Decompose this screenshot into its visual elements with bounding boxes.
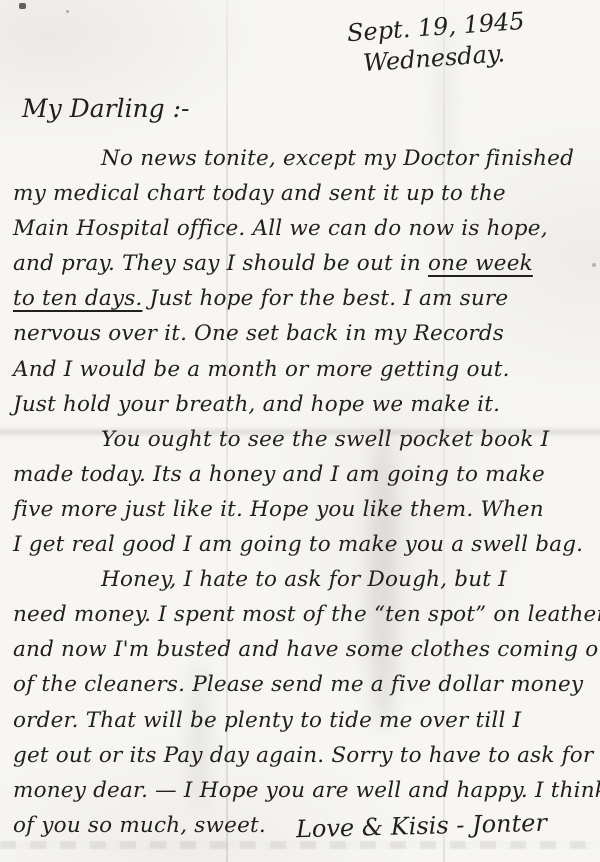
letter-line: No news tonite, except my Doctor finishe… bbox=[13, 141, 597, 176]
letter-line: order. That will be plenty to tide me ov… bbox=[13, 703, 597, 738]
ink-speck bbox=[66, 10, 69, 13]
line-text: And I would be a month or more getting o… bbox=[13, 357, 510, 382]
line-text: of you so much, sweet. bbox=[13, 813, 266, 838]
letter-line: to ten days. Just hope for the best. I a… bbox=[13, 281, 597, 316]
date-block: Sept. 19, 1945 Wednesday. bbox=[346, 6, 528, 80]
line-text: nervous over it. One set back in my Reco… bbox=[13, 321, 504, 346]
letter-line: and now I'm busted and have some clothes… bbox=[13, 632, 597, 667]
line-text: my medical chart today and sent it up to… bbox=[13, 181, 506, 206]
line-text: No news tonite, except my Doctor finishe… bbox=[101, 146, 574, 171]
letter-line: five more just like it. Hope you like th… bbox=[13, 492, 597, 527]
line-text: Main Hospital office. All we can do now … bbox=[13, 216, 548, 241]
letter-line: need money. I spent most of the “ten spo… bbox=[13, 597, 597, 632]
line-text: Honey, I hate to ask for Dough, but I bbox=[101, 567, 507, 592]
letter-page: Sept. 19, 1945 Wednesday. My Darling :- … bbox=[0, 0, 600, 862]
line-text: of the cleaners. Please send me a five d… bbox=[13, 672, 583, 697]
underlined-text: to ten days. bbox=[13, 286, 142, 311]
line-text: Just hope for the best. I am sure bbox=[142, 286, 508, 311]
letter-line: Honey, I hate to ask for Dough, but I bbox=[13, 562, 597, 597]
ink-speck bbox=[19, 3, 26, 9]
line-text: money dear. — I Hope you are well and ha… bbox=[13, 778, 600, 803]
letter-body: No news tonite, except my Doctor finishe… bbox=[13, 141, 597, 843]
line-text: I get real good I am going to make you a… bbox=[13, 532, 583, 557]
letter-line: and pray. They say I should be out in on… bbox=[13, 246, 597, 281]
letter-line: get out or its Pay day again. Sorry to h… bbox=[13, 738, 597, 773]
letter-line: made today. Its a honey and I am going t… bbox=[13, 457, 597, 492]
line-text: order. That will be plenty to tide me ov… bbox=[13, 708, 521, 733]
letter-line: Main Hospital office. All we can do now … bbox=[13, 211, 597, 246]
salutation: My Darling :- bbox=[22, 94, 189, 123]
underlined-text: one week bbox=[428, 251, 533, 276]
line-text: made today. Its a honey and I am going t… bbox=[13, 462, 545, 487]
line-text: and pray. They say I should be out in bbox=[13, 251, 428, 276]
letter-line: my medical chart today and sent it up to… bbox=[13, 176, 597, 211]
letter-line: money dear. — I Hope you are well and ha… bbox=[13, 773, 597, 808]
letter-line: of the cleaners. Please send me a five d… bbox=[13, 667, 597, 702]
letter-line: And I would be a month or more getting o… bbox=[13, 352, 597, 387]
line-text: need money. I spent most of the “ten spo… bbox=[13, 602, 600, 627]
line-text: You ought to see the swell pocket book I bbox=[101, 427, 549, 452]
letter-line: You ought to see the swell pocket book I bbox=[13, 422, 597, 457]
line-text: and now I'm busted and have some clothes… bbox=[13, 637, 600, 662]
line-text: get out or its Pay day again. Sorry to h… bbox=[13, 743, 593, 768]
letter-line: Just hold your breath, and hope we make … bbox=[13, 387, 597, 422]
letter-line: I get real good I am going to make you a… bbox=[13, 527, 597, 562]
letter-line: nervous over it. One set back in my Reco… bbox=[13, 316, 597, 351]
line-text: five more just like it. Hope you like th… bbox=[13, 497, 544, 522]
line-text: Just hold your breath, and hope we make … bbox=[13, 392, 500, 417]
